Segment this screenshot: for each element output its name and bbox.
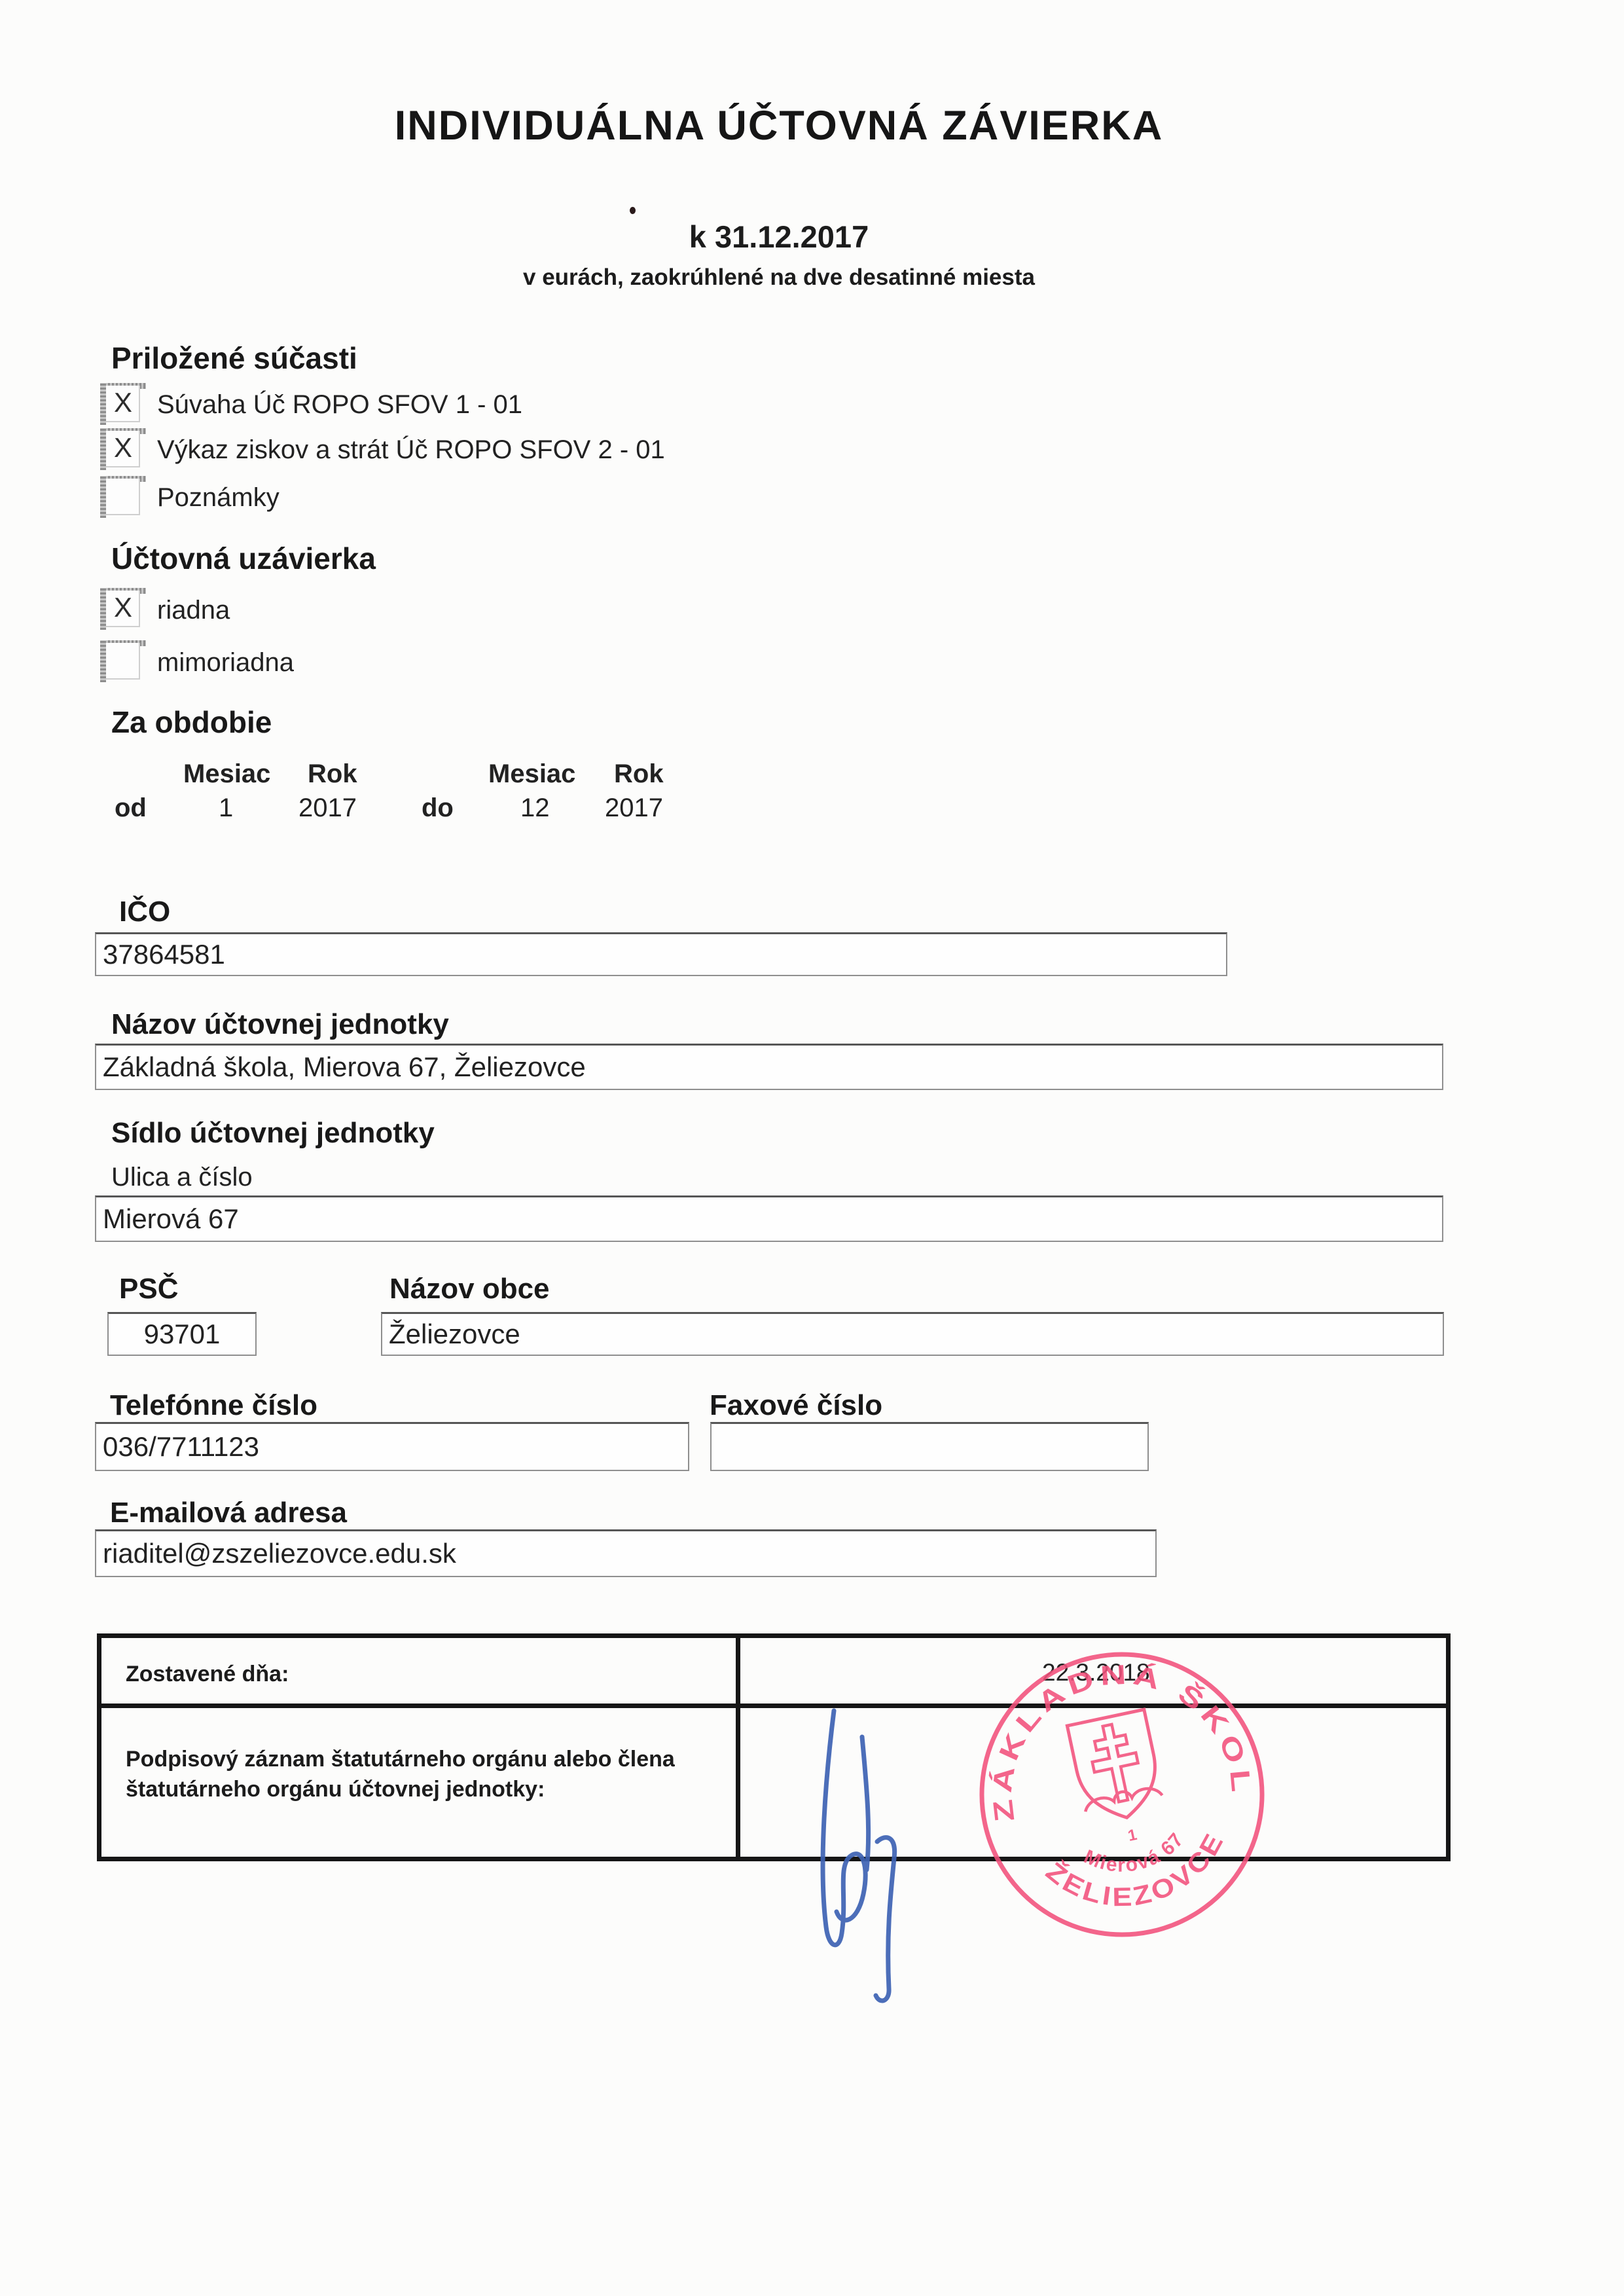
checkbox-mimoriadna[interactable]	[103, 642, 140, 680]
period-from-month-header: Mesiac	[183, 759, 270, 789]
street-label: Ulica a číslo	[111, 1163, 253, 1192]
entity-name-value: Základná škola, Mierova 67, Želiezovce	[96, 1051, 586, 1083]
checkbox-riadna[interactable]: X	[103, 589, 140, 627]
checkbox-mark: X	[106, 592, 140, 623]
signature-stroke	[823, 1711, 895, 2001]
street-field[interactable]: Mierová 67	[95, 1195, 1443, 1242]
scan-dot-artifact	[630, 207, 636, 214]
attachment-label-vykaz: Výkaz ziskov a strát Úč ROPO SFOV 2 - 01	[157, 435, 665, 465]
period-from-label: od	[115, 793, 147, 823]
as-of-date: k 31.12.2017	[0, 219, 1558, 255]
period-from-year: 2017	[298, 793, 357, 823]
period-to-month: 12	[520, 793, 550, 823]
phone-field[interactable]: 036/7711123	[95, 1422, 689, 1471]
psc-field[interactable]: 93701	[107, 1312, 257, 1356]
fax-label: Faxové číslo	[710, 1389, 882, 1422]
psc-value: 93701	[109, 1319, 255, 1350]
official-stamp: ZÁKLADNÁ ŠKOLA Mierová 67 ŽELIEZOVCE 1	[951, 1624, 1293, 1965]
town-value: Želiezovce	[382, 1319, 520, 1350]
page-title: INDIVIDUÁLNA ÚČTOVNÁ ZÁVIERKA	[0, 102, 1558, 149]
checkbox-mark: X	[106, 387, 140, 418]
psc-label: PSČ	[119, 1273, 178, 1305]
checkbox-suvaha[interactable]: X	[103, 384, 140, 422]
checkbox-mark: X	[106, 432, 140, 464]
town-label: Názov obce	[389, 1273, 550, 1305]
attachment-label-suvaha: Súvaha Úč ROPO SFOV 1 - 01	[157, 390, 522, 420]
closing-label-mimoriadna: mimoriadna	[157, 648, 294, 678]
closing-label-riadna: riadna	[157, 596, 230, 625]
rounding-note: v eurách, zaokrúhlené na dve desatinné m…	[0, 264, 1558, 291]
checkbox-vykaz[interactable]: X	[103, 429, 140, 467]
seat-heading: Sídlo účtovnej jednotky	[111, 1117, 435, 1150]
stamp-town: ŽELIEZOVCE	[1036, 1821, 1240, 1930]
period-heading: Za obdobie	[111, 704, 272, 740]
scanned-form-page: INDIVIDUÁLNA ÚČTOVNÁ ZÁVIERKA k 31.12.20…	[0, 0, 1624, 2296]
ico-label: IČO	[119, 896, 170, 928]
town-field[interactable]: Želiezovce	[381, 1312, 1444, 1356]
period-to-year: 2017	[605, 793, 663, 823]
email-field[interactable]: riaditel@zszeliezovce.edu.sk	[95, 1529, 1157, 1577]
phone-label: Telefónne číslo	[110, 1389, 317, 1422]
entity-name-field[interactable]: Základná škola, Mierova 67, Želiezovce	[95, 1044, 1443, 1090]
period-from-month: 1	[219, 793, 233, 823]
checkbox-frame	[105, 643, 140, 680]
signature-record-label: Podpisový záznam štatutárneho orgánu ale…	[126, 1744, 721, 1804]
ico-field[interactable]: 37864581	[95, 932, 1227, 976]
checkbox-poznamky[interactable]	[103, 477, 140, 515]
fax-field[interactable]	[710, 1422, 1149, 1471]
email-value: riaditel@zszeliezovce.edu.sk	[96, 1538, 456, 1569]
phone-value: 036/7711123	[96, 1431, 259, 1463]
street-value: Mierová 67	[96, 1203, 239, 1235]
entity-name-label: Názov účtovnej jednotky	[111, 1008, 449, 1041]
period-from-year-header: Rok	[308, 759, 357, 789]
checkbox-frame	[105, 479, 140, 515]
attachment-label-poznamky: Poznámky	[157, 483, 280, 513]
period-to-year-header: Rok	[614, 759, 664, 789]
period-to-month-header: Mesiac	[488, 759, 575, 789]
compiled-on-label: Zostavené dňa:	[126, 1662, 289, 1687]
handwritten-signature	[800, 1701, 914, 2015]
stamp-three-hills	[1083, 1784, 1162, 1812]
table-column-divider	[736, 1638, 740, 1857]
attachments-heading: Priložené súčasti	[111, 340, 357, 376]
stamp-number: 1	[1127, 1826, 1139, 1845]
period-to-label: do	[422, 793, 454, 823]
closing-heading: Účtovná uzávierka	[111, 541, 376, 576]
stamp-shield	[1067, 1709, 1165, 1826]
email-label: E-mailová adresa	[110, 1497, 347, 1529]
ico-value: 37864581	[96, 939, 225, 970]
